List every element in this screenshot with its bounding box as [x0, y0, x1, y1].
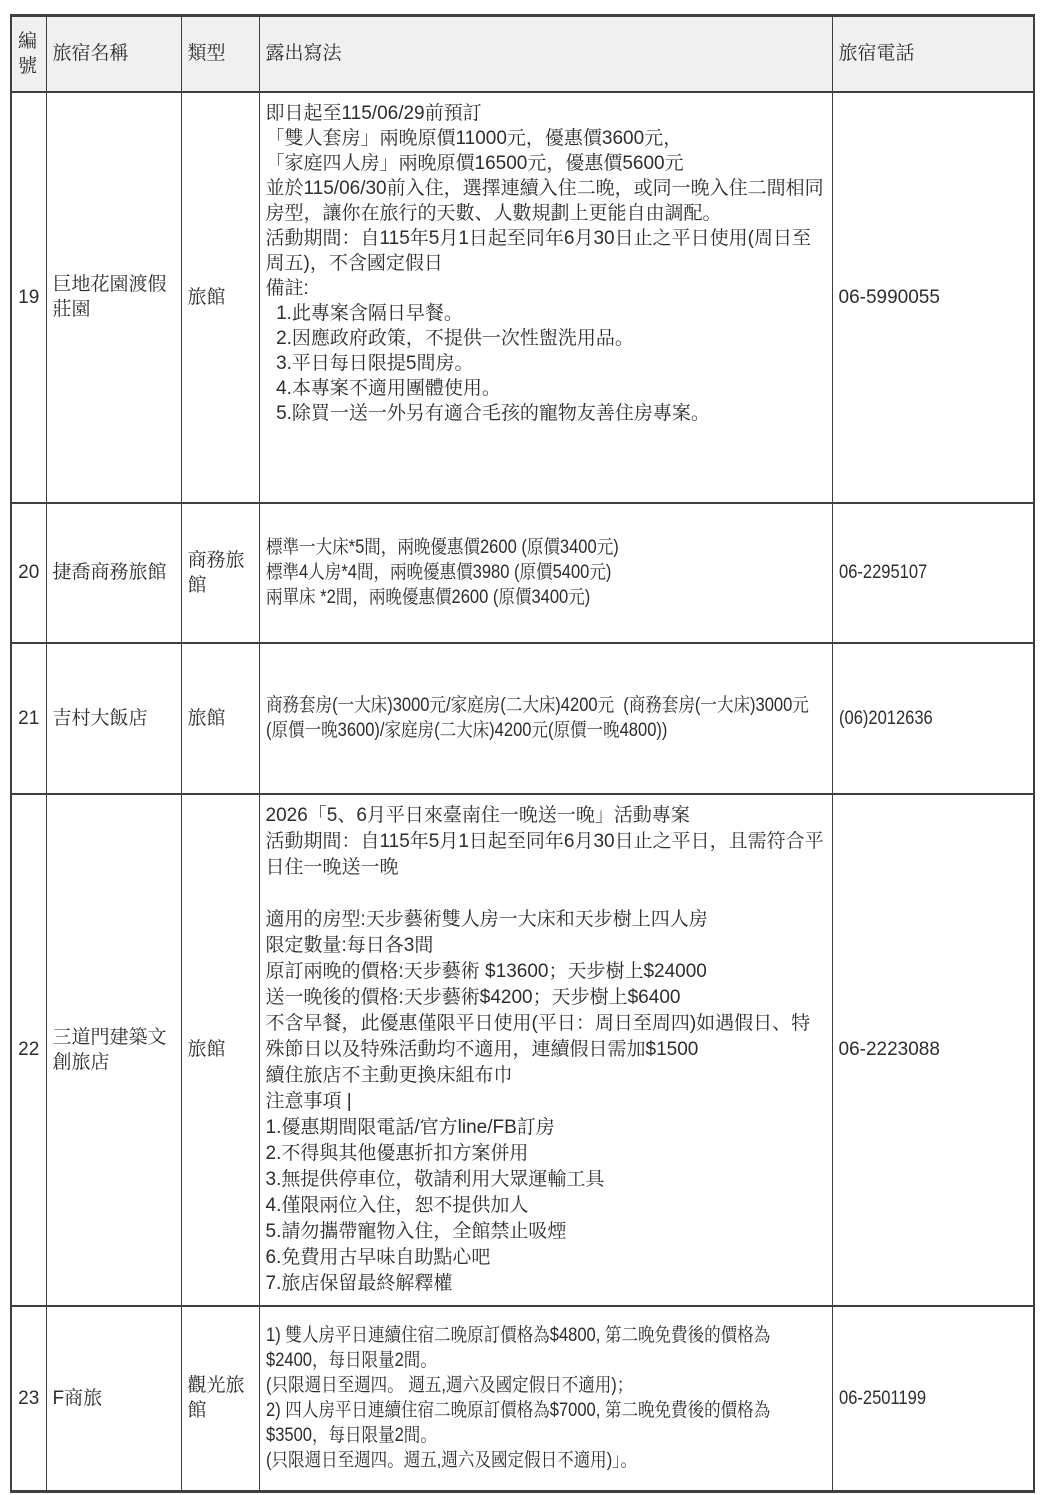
- cell-row-id: 20: [11, 503, 46, 643]
- cell-hotel-name: 巨地花園渡假莊園: [46, 92, 181, 503]
- cell-promo-text: 商務套房(一大床)3000元/家庭房(二大床)4200元 (商務套房(一大床)3…: [259, 643, 832, 794]
- header-phone: 旅宿電話: [832, 16, 1034, 92]
- cell-promo-text: 2026「5、6月平日來臺南住一晚送一晚」活動專案 活動期間：自115年5月1日…: [259, 794, 832, 1306]
- cell-promo-text: 標準一大床*5間，兩晚優惠價2600 (原價3400元) 標準4人房*4間，兩晚…: [259, 503, 832, 643]
- cell-hotel-name: 三道門建築文創旅店: [46, 794, 181, 1306]
- table-row: 21 吉村大飯店 旅館 商務套房(一大床)3000元/家庭房(二大床)4200元…: [11, 643, 1034, 794]
- cell-hotel-type: 旅館: [181, 643, 259, 794]
- phone-number: 06-2501199: [839, 1386, 1027, 1411]
- document-page: 編號 旅宿名稱 類型 露出寫法 旅宿電話 19 巨地花園渡假莊園 旅館 即日起至…: [10, 14, 1033, 1493]
- hotel-promo-table: 編號 旅宿名稱 類型 露出寫法 旅宿電話 19 巨地花園渡假莊園 旅館 即日起至…: [10, 14, 1035, 1493]
- phone-number: 06-2295107: [839, 560, 1027, 585]
- header-id: 編號: [11, 16, 46, 92]
- cell-hotel-type: 旅館: [181, 794, 259, 1306]
- cell-hotel-phone: 06-5990055: [832, 92, 1034, 503]
- table-row: 23 F商旅 觀光旅館 1) 雙人房平日連續住宿二晚原訂價格為$4800, 第二…: [11, 1306, 1034, 1492]
- cell-hotel-phone: 06-2223088: [832, 794, 1034, 1306]
- cell-hotel-type: 旅館: [181, 92, 259, 503]
- table-row: 22 三道門建築文創旅店 旅館 2026「5、6月平日來臺南住一晚送一晚」活動專…: [11, 794, 1034, 1306]
- table-row: 20 捷喬商務旅館 商務旅館 標準一大床*5間，兩晚優惠價2600 (原價340…: [11, 503, 1034, 643]
- cell-row-id: 21: [11, 643, 46, 794]
- cell-hotel-name: 吉村大飯店: [46, 643, 181, 794]
- table-header-row: 編號 旅宿名稱 類型 露出寫法 旅宿電話: [11, 16, 1034, 92]
- cell-hotel-name: F商旅: [46, 1306, 181, 1492]
- table-row: 19 巨地花園渡假莊園 旅館 即日起至115/06/29前預訂 「雙人套房」兩晚…: [11, 92, 1034, 503]
- cell-row-id: 22: [11, 794, 46, 1306]
- header-type: 類型: [181, 16, 259, 92]
- promo-text-content: 商務套房(一大床)3000元/家庭房(二大床)4200元 (商務套房(一大床)3…: [266, 693, 826, 743]
- header-hotel-name: 旅宿名稱: [46, 16, 181, 92]
- cell-hotel-type: 商務旅館: [181, 503, 259, 643]
- header-promo-text: 露出寫法: [259, 16, 832, 92]
- cell-hotel-phone: 06-2501199: [832, 1306, 1034, 1492]
- cell-hotel-name: 捷喬商務旅館: [46, 503, 181, 643]
- cell-promo-text: 即日起至115/06/29前預訂 「雙人套房」兩晚原價11000元，優惠價360…: [259, 92, 832, 503]
- cell-hotel-type: 觀光旅館: [181, 1306, 259, 1492]
- cell-hotel-phone: (06)2012636: [832, 643, 1034, 794]
- promo-text-content: 1) 雙人房平日連續住宿二晚原訂價格為$4800, 第二晚免費後的價格為$240…: [266, 1323, 826, 1473]
- promo-text-content: 標準一大床*5間，兩晚優惠價2600 (原價3400元) 標準4人房*4間，兩晚…: [266, 535, 826, 610]
- cell-hotel-phone: 06-2295107: [832, 503, 1034, 643]
- cell-promo-text: 1) 雙人房平日連續住宿二晚原訂價格為$4800, 第二晚免費後的價格為$240…: [259, 1306, 832, 1492]
- cell-row-id: 19: [11, 92, 46, 503]
- phone-number: (06)2012636: [839, 706, 1027, 731]
- cell-row-id: 23: [11, 1306, 46, 1492]
